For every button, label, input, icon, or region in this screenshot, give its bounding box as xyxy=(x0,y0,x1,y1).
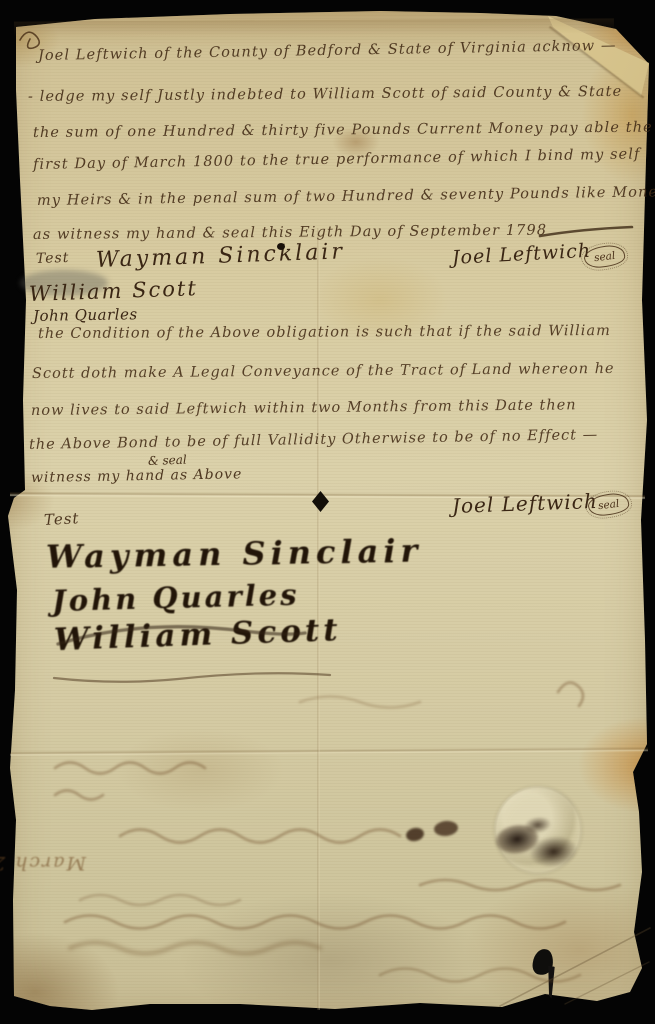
document-scan: Joel Leftwich of the County of Bedford &… xyxy=(0,0,655,1024)
interlineation-and-seal: & seal xyxy=(148,453,187,468)
ink-dot xyxy=(277,243,285,250)
bleed-through-date: March 26th 1800 xyxy=(0,852,86,874)
bottom-signature-quarles: John Quarles xyxy=(52,578,300,618)
test-label-2: Test xyxy=(44,509,80,529)
witness-signature-quarles-1: John Quarles xyxy=(33,305,138,325)
bottom-signature-sinclair: Wayman Sinclair xyxy=(46,531,423,576)
test-label-1: Test xyxy=(36,250,70,267)
principal-signature-2: Joel Leftwich xyxy=(452,489,599,518)
ink-smudge-over-seal xyxy=(488,806,582,879)
condition-line-1: the Condition of the Above obligation is… xyxy=(38,323,611,342)
